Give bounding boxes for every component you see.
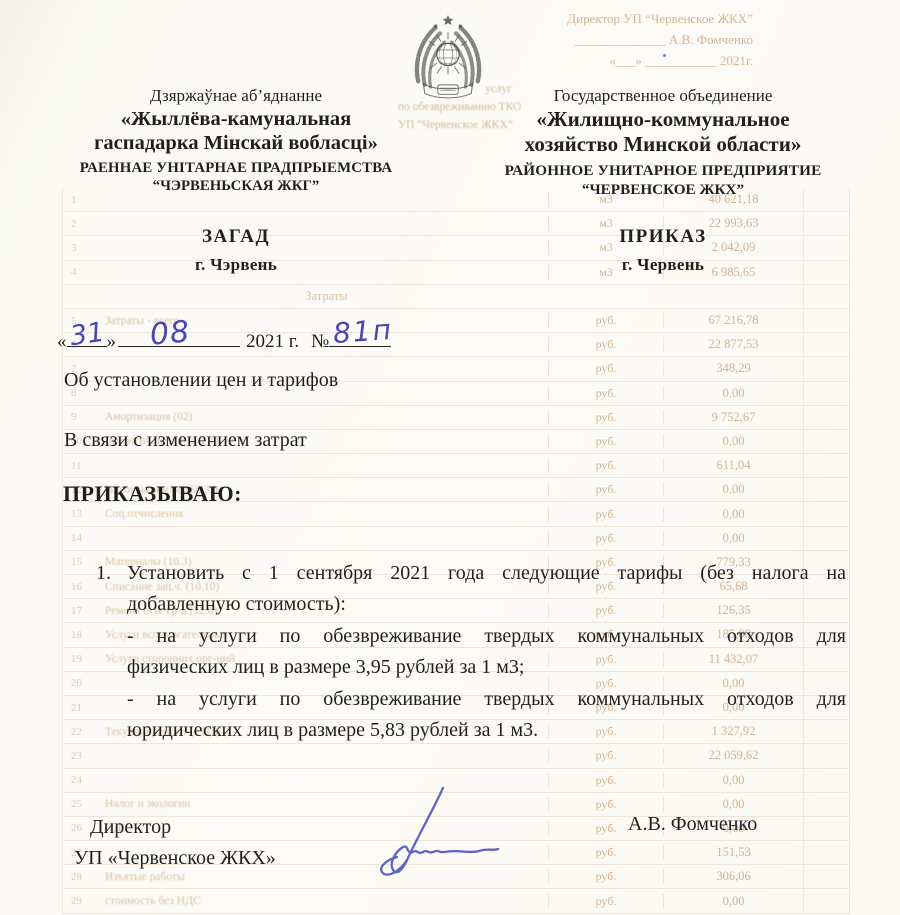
date-line: «31»082021 г.№81п	[57, 320, 391, 353]
order-keyword: ПРИКАЗЫВАЮ:	[63, 481, 242, 507]
order-item-line: добавленную стоимость):	[96, 589, 846, 620]
order-number-slot: 81п	[329, 320, 391, 347]
org-short-name-ru: “ЧЕРВЕНСКОЕ ЖКХ”	[462, 181, 864, 199]
ink-speck-artifact	[663, 54, 666, 57]
doc-word-block-ru: ПРИКАЗ г. Червень	[462, 226, 864, 275]
date-quote-close: »	[107, 331, 117, 352]
date-day-slot: 31	[67, 320, 107, 347]
order-item-line: физических лиц в размере 3,95 рублей за …	[96, 652, 846, 683]
doc-word-prikaz: ПРИКАЗ	[462, 226, 864, 248]
date-quote-open: «	[57, 331, 67, 352]
signoff-position-line2: УП «Червенское ЖКХ»	[74, 843, 276, 874]
date-day-handwritten: 31	[68, 317, 106, 352]
signoff-name: А.В. Фомченко	[628, 813, 757, 836]
org-type-by: РАЕННАЕ УНІТАРНАЕ ПРАДПРЫЕМСТВА	[36, 160, 436, 177]
signoff-position: Директор УП «Червенское ЖКХ»	[74, 812, 276, 874]
order-item-1: 1.Установить с 1 сентября 2021 года след…	[96, 558, 846, 746]
doc-city-by: г. Чэрвень	[36, 255, 436, 275]
subject-line: Об установлении цен и тарифов	[64, 369, 338, 392]
letterhead-russian: Государственное объединение «Жилищно-ком…	[462, 86, 864, 199]
order-number-handwritten: 81п	[332, 313, 394, 350]
date-year: 2021 г.	[246, 331, 299, 352]
director-signature-stroke	[345, 778, 515, 878]
order-item-line: 1.Установить с 1 сентября 2021 года след…	[96, 558, 846, 589]
org-short-name-by: “ЧЭРВЕНЬСКАЯ ЖКГ”	[36, 178, 436, 195]
signoff-position-line1: Директор	[74, 812, 276, 843]
org-association-line-by: Дзяржаўнае аб’яднанне	[36, 86, 436, 106]
order-item-line: - на услуги по обезвреживание твердых ко…	[96, 684, 846, 715]
org-type-ru: РАЙОННОЕ УНИТАРНОЕ ПРЕДПРИЯТИЕ	[462, 162, 864, 180]
order-item-line: юридических лиц в размере 5,83 рублей за…	[96, 715, 846, 746]
date-month-slot: 08	[118, 320, 240, 347]
number-sign: №	[311, 331, 329, 352]
org-association-line-ru: Государственное объединение	[462, 86, 864, 106]
scanned-order-page: Директор УП “Червенское ЖКХ” ___________…	[0, 0, 900, 915]
item-marker: 1.	[96, 558, 127, 589]
doc-word-block-by: ЗАГАД г. Чэрвень	[36, 226, 436, 275]
org-name-by: «Жыллёва-камунальная гаспадарка Мінскай …	[36, 107, 436, 155]
preamble-line: В связи с изменением затрат	[64, 429, 307, 452]
letterhead-belarusian: Дзяржаўнае аб’яднанне «Жыллёва-камунальн…	[36, 86, 436, 199]
order-item-line: - на услуги по обезвреживание твердых ко…	[96, 621, 846, 652]
org-name-ru: «Жилищно-коммунальное хозяйство Минской …	[462, 107, 864, 157]
date-month-handwritten: 08	[149, 314, 192, 352]
letterhead: Дзяржаўнае аб’яднанне «Жыллёва-камунальн…	[36, 86, 864, 199]
document-content: Дзяржаўнае аб’яднанне «Жыллёва-камунальн…	[0, 0, 900, 915]
doc-city-ru: г. Червень	[462, 255, 864, 275]
doc-word-zagad: ЗАГАД	[36, 226, 436, 248]
